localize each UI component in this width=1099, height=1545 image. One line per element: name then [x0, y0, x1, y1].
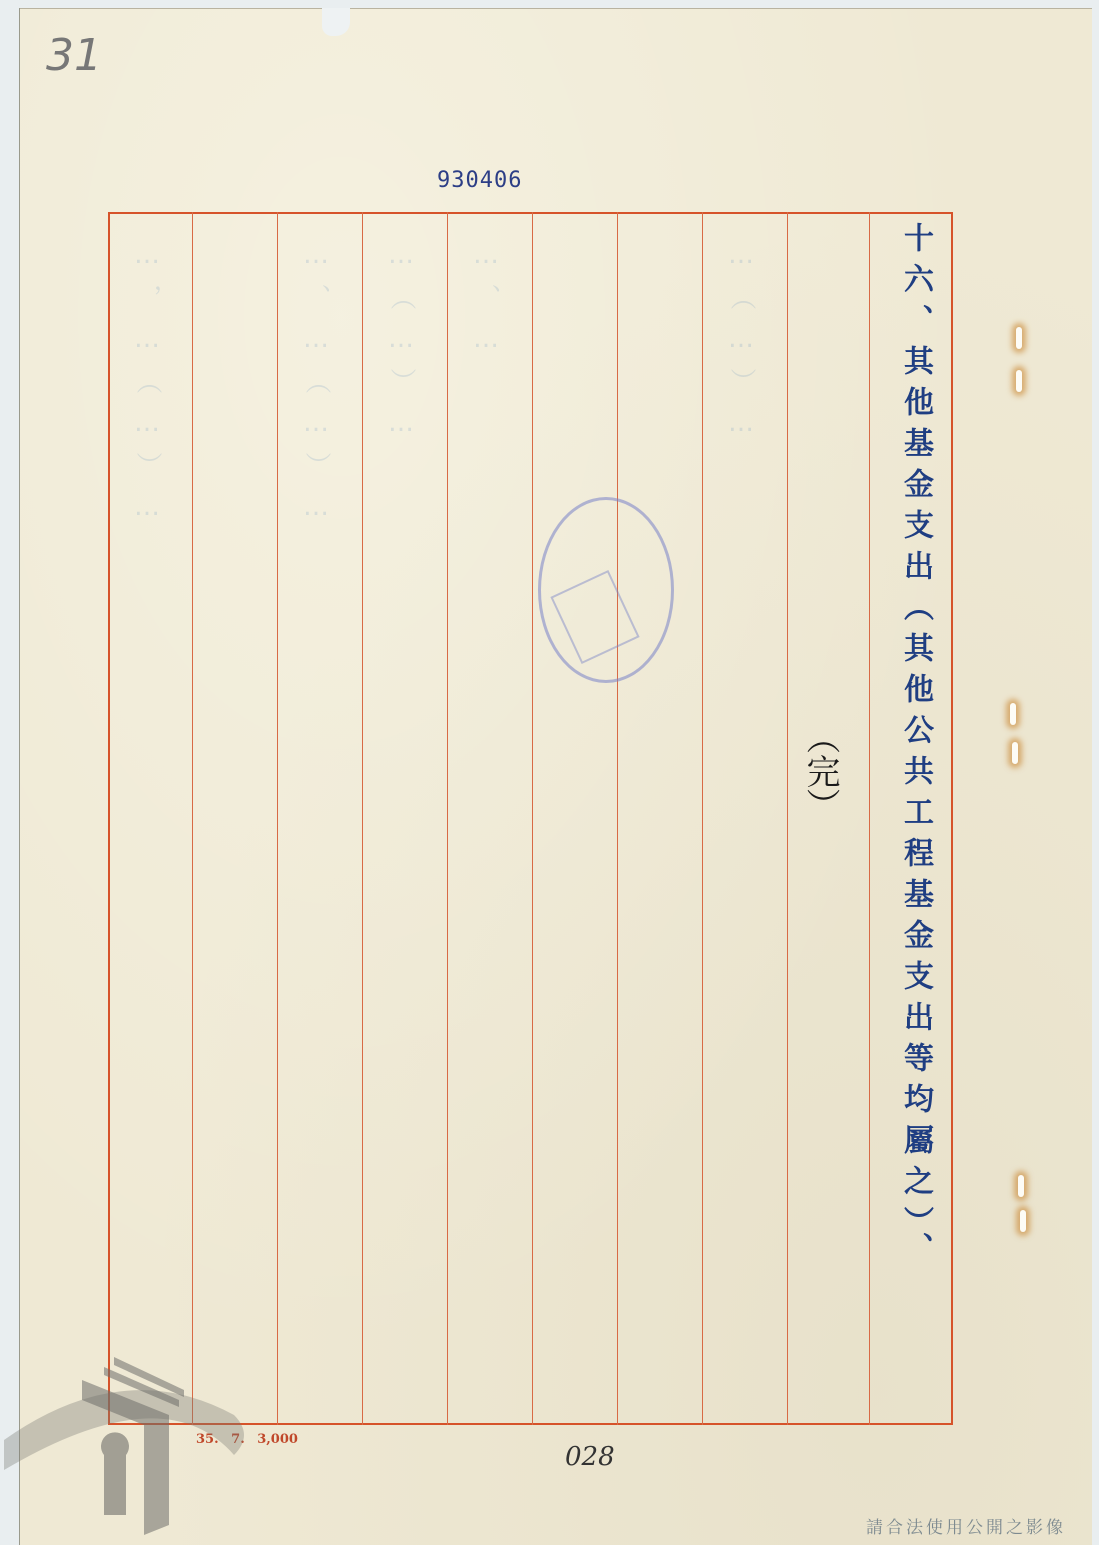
punch-hole: [1016, 327, 1022, 349]
bleedthrough-text: …（…）…: [390, 240, 420, 452]
punch-hole: [1012, 742, 1018, 764]
column-rule: [362, 212, 363, 1425]
archive-logo-icon: [4, 1345, 254, 1545]
punch-hole: [1018, 1175, 1024, 1197]
punch-hole: [1020, 1210, 1026, 1232]
punch-hole: [1010, 703, 1016, 725]
column-rule: [702, 212, 703, 1425]
handwritten-page-number: 028: [565, 1442, 615, 1472]
bleedthrough-text: …、…: [475, 240, 505, 368]
column-rule: [192, 212, 193, 1425]
usage-notice: 請合法使用公開之影像: [866, 1513, 1066, 1538]
bleedthrough-text: …，…（…）…: [136, 240, 166, 536]
column-rule: [617, 212, 618, 1425]
column-rule: [447, 212, 448, 1425]
column-rule: [277, 212, 278, 1425]
punch-hole: [1016, 370, 1022, 392]
corner-handwritten-number: 31: [46, 30, 102, 81]
serial-number: 930406: [437, 168, 522, 193]
section-heading: 十六、其他基金支出（其他公共工程基金支出等均屬之）、: [893, 222, 937, 1273]
bleedthrough-text: …、…（…）…: [305, 240, 335, 536]
column-rule: [532, 212, 533, 1425]
column-rule: [869, 212, 870, 1425]
bleedthrough-text: …（…）…: [730, 240, 760, 452]
page-tear: [322, 8, 350, 36]
end-mark: （完）: [800, 720, 840, 822]
column-rule: [787, 212, 788, 1425]
